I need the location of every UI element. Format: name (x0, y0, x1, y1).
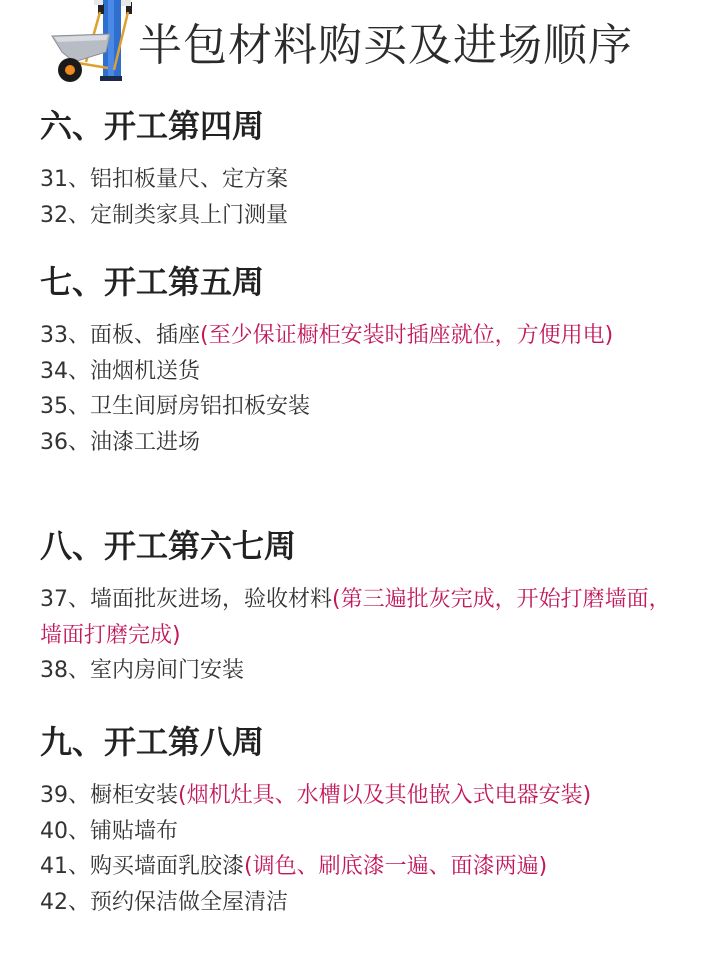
section-week-6-7: 八、开工第六七周 37、墙面批灰进场，验收材料(第三遍批灰完成，开始打磨墙面，墙… (40, 524, 680, 568)
list-item: 40、铺贴墙布 (40, 814, 680, 850)
item-list: 31、铝扣板量尺、定方案 32、定制类家具上门测量 (40, 162, 680, 233)
item-text: 38、室内房间门安装 (40, 658, 244, 683)
item-text: 32、定制类家具上门测量 (40, 203, 288, 228)
list-item: 36、油漆工进场 (40, 425, 680, 461)
section-week-5: 七、开工第五周 33、面板、插座(至少保证橱柜安装时插座就位，方便用电) 34、… (40, 260, 680, 304)
item-text: 31、铝扣板量尺、定方案 (40, 167, 288, 192)
section-week-4: 六、开工第四周 31、铝扣板量尺、定方案 32、定制类家具上门测量 (40, 104, 680, 148)
list-item: 37、墙面批灰进场，验收材料(第三遍批灰完成，开始打磨墙面，墙面打磨完成) (40, 582, 680, 653)
item-text: 34、油烟机送货 (40, 359, 200, 384)
page-title: 半包材料购买及进场顺序 (138, 18, 633, 74)
item-text: 42、预约保洁做全屋清洁 (40, 890, 288, 915)
item-list: 39、橱柜安装(烟机灶具、水槽以及其他嵌入式电器安装) 40、铺贴墙布 41、购… (40, 778, 680, 920)
section-title: 九、开工第八周 (40, 720, 680, 764)
item-note: (至少保证橱柜安装时插座就位，方便用电) (200, 323, 613, 348)
item-text: 39、橱柜安装 (40, 783, 178, 808)
item-list: 37、墙面批灰进场，验收材料(第三遍批灰完成，开始打磨墙面，墙面打磨完成) 38… (40, 582, 680, 689)
item-text: 41、购买墙面乳胶漆 (40, 854, 244, 879)
header: 半包材料购买及进场顺序 (0, 0, 718, 95)
list-item: 35、卫生间厨房铝扣板安装 (40, 389, 680, 425)
list-item: 32、定制类家具上门测量 (40, 198, 680, 234)
item-text: 33、面板、插座 (40, 323, 200, 348)
item-text: 36、油漆工进场 (40, 430, 200, 455)
item-note: (烟机灶具、水槽以及其他嵌入式电器安装) (178, 783, 591, 808)
item-list: 33、面板、插座(至少保证橱柜安装时插座就位，方便用电) 34、油烟机送货 35… (40, 318, 680, 460)
worker-wheelbarrow-icon (48, 0, 138, 88)
list-item: 31、铝扣板量尺、定方案 (40, 162, 680, 198)
list-item: 39、橱柜安装(烟机灶具、水槽以及其他嵌入式电器安装) (40, 778, 680, 814)
list-item: 38、室内房间门安装 (40, 653, 680, 689)
section-title: 七、开工第五周 (40, 260, 680, 304)
list-item: 42、预约保洁做全屋清洁 (40, 885, 680, 921)
list-item: 33、面板、插座(至少保证橱柜安装时插座就位，方便用电) (40, 318, 680, 354)
item-note: (调色、刷底漆一遍、面漆两遍) (244, 854, 547, 879)
list-item: 34、油烟机送货 (40, 354, 680, 390)
list-item: 41、购买墙面乳胶漆(调色、刷底漆一遍、面漆两遍) (40, 849, 680, 885)
item-text: 35、卫生间厨房铝扣板安装 (40, 394, 310, 419)
section-title: 八、开工第六七周 (40, 524, 680, 568)
section-title: 六、开工第四周 (40, 104, 680, 148)
section-week-8: 九、开工第八周 39、橱柜安装(烟机灶具、水槽以及其他嵌入式电器安装) 40、铺… (40, 720, 680, 764)
item-text: 40、铺贴墙布 (40, 819, 178, 844)
item-text: 37、墙面批灰进场，验收材料 (40, 587, 332, 612)
